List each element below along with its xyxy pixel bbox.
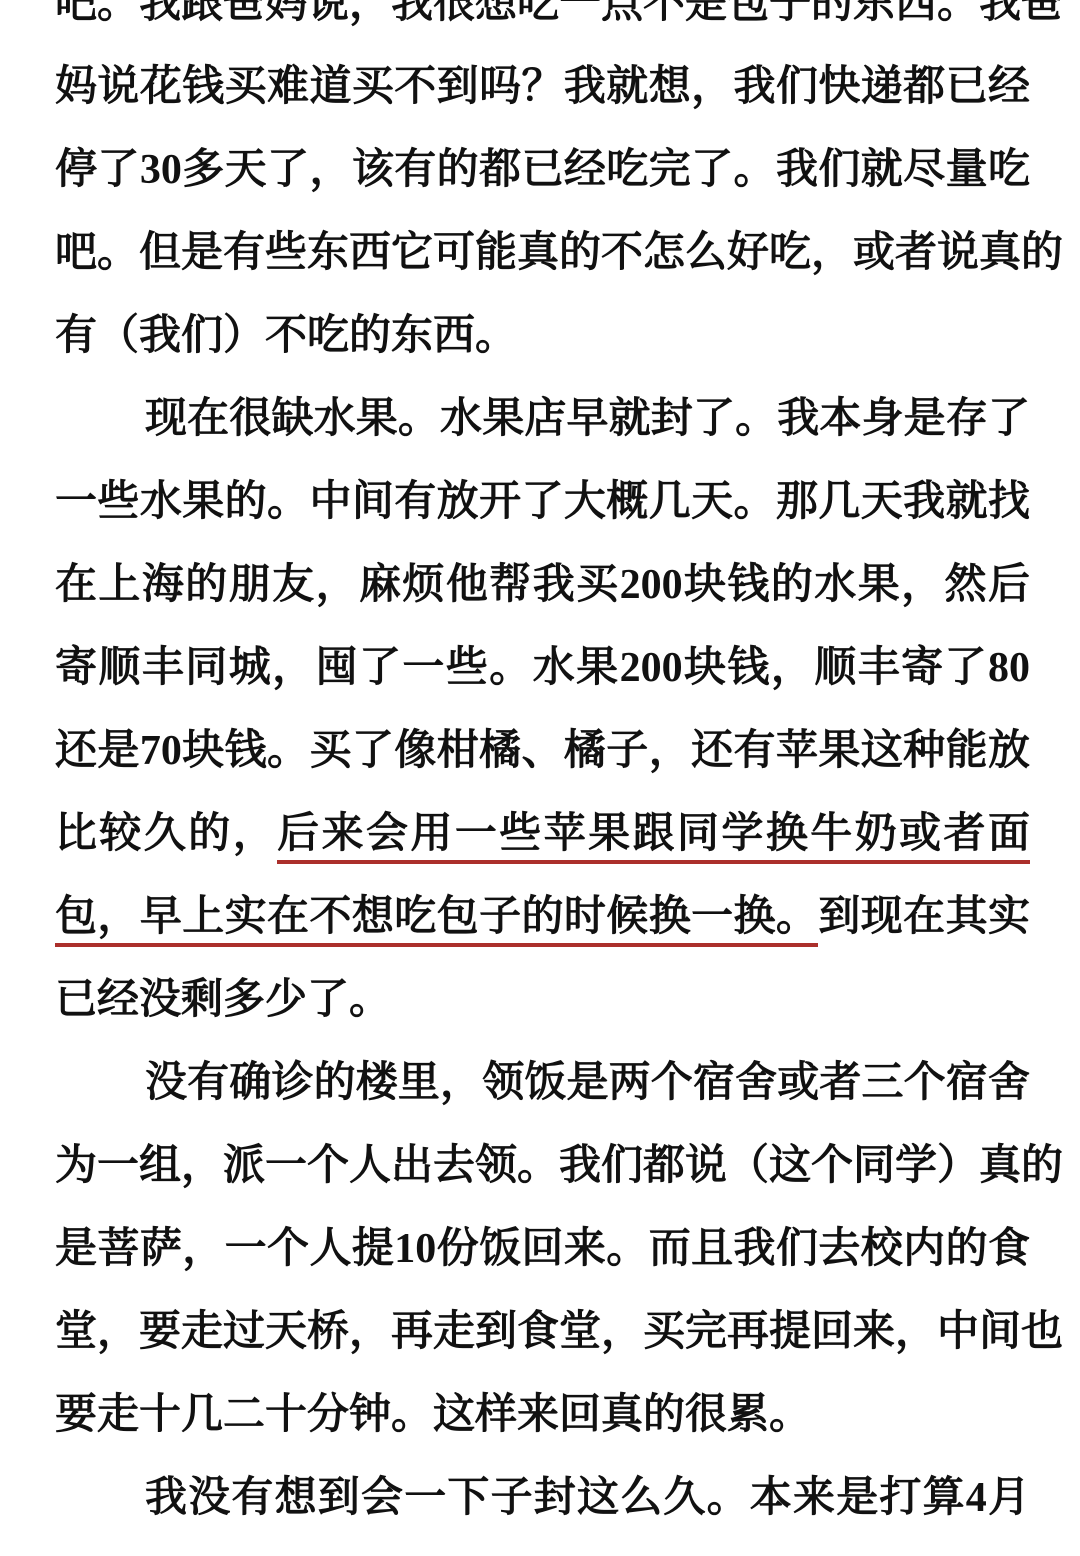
text-segment: 没有确诊的楼里，领饭是两个宿舍或者三个宿舍 [145, 1060, 1030, 1106]
text-segment: 为一组，派一个人出去领。我们都说（这个同学）真的 [55, 1143, 1063, 1189]
text-segment: 是菩萨，一个人提10份饭回来。而且我们去校内的食 [55, 1226, 1030, 1272]
text-segment: 堂，要走过天桥，再走到食堂，买完再提回来，中间也 [55, 1309, 1063, 1355]
text-line: 有（我们）不吃的东西。 [55, 295, 1030, 378]
text-line: 是菩萨，一个人提10份饭回来。而且我们去校内的食 [55, 1208, 1030, 1291]
text-line: 要走十几二十分钟。这样来回真的很累。 [55, 1374, 1030, 1457]
text-segment: 妈说花钱买难道买不到吗？我就想，我们快递都已经 [55, 64, 1030, 110]
text-segment: 还是70块钱。买了像柑橘、橘子，还有苹果这种能放 [55, 728, 1030, 774]
text-line: 寄顺丰同城，囤了一些。水果200块钱，顺丰寄了80 [55, 627, 1030, 710]
red-underlined-text: 后来会用一些苹果跟同学换牛奶或者面 [277, 811, 1030, 864]
text-segment: 到现在其实 [818, 894, 1030, 940]
text-line: 我没有想到会一下子封这么久。本来是打算4月 [55, 1457, 1030, 1540]
text-segment: 已经没剩多少了。 [55, 977, 391, 1023]
text-segment: 吧。我跟爸妈说，我很想吃一点不是包子的东西。我爸 [55, 0, 1063, 27]
text-line: 堂，要走过天桥，再走到食堂，买完再提回来，中间也 [55, 1291, 1030, 1374]
text-line: 已经没剩多少了。 [55, 959, 1030, 1042]
text-line: 停了30多天了，该有的都已经吃完了。我们就尽量吃 [55, 129, 1030, 212]
text-line: 比较久的，后来会用一些苹果跟同学换牛奶或者面 [55, 793, 1030, 876]
text-segment: 一些水果的。中间有放开了大概几天。那几天我就找 [55, 479, 1030, 525]
text-segment: 在上海的朋友，麻烦他帮我买200块钱的水果，然后 [55, 562, 1030, 608]
text-segment: 寄顺丰同城，囤了一些。水果200块钱，顺丰寄了80 [55, 645, 1030, 691]
text-line: 在上海的朋友，麻烦他帮我买200块钱的水果，然后 [55, 544, 1030, 627]
text-segment: 吧。但是有些东西它可能真的不怎么好吃，或者说真的 [55, 230, 1063, 276]
text-line: 吧。但是有些东西它可能真的不怎么好吃，或者说真的 [55, 212, 1030, 295]
text-segment: 有（我们）不吃的东西。 [55, 313, 517, 359]
text-segment: 现在很缺水果。水果店早就封了。我本身是存了 [145, 396, 1030, 442]
text-line: 一些水果的。中间有放开了大概几天。那几天我就找 [55, 461, 1030, 544]
text-segment: 停了30多天了，该有的都已经吃完了。我们就尽量吃 [55, 147, 1030, 193]
text-segment: 我没有想到会一下子封这么久。本来是打算4月 [145, 1475, 1030, 1521]
text-line: 还是70块钱。买了像柑橘、橘子，还有苹果这种能放 [55, 710, 1030, 793]
text-line: 没有确诊的楼里，领饭是两个宿舍或者三个宿舍 [55, 1042, 1030, 1125]
article-page: 吧。我跟爸妈说，我很想吃一点不是包子的东西。我爸 妈说花钱买难道买不到吗？我就想… [55, 0, 1030, 1540]
text-segment: 要走十几二十分钟。这样来回真的很累。 [55, 1392, 811, 1438]
text-line: 妈说花钱买难道买不到吗？我就想，我们快递都已经 [55, 46, 1030, 129]
text-line: 现在很缺水果。水果店早就封了。我本身是存了 [55, 378, 1030, 461]
text-line: 吧。我跟爸妈说，我很想吃一点不是包子的东西。我爸 [55, 0, 1030, 46]
text-segment: 比较久的， [55, 811, 277, 857]
text-line: 包，早上实在不想吃包子的时候换一换。到现在其实 [55, 876, 1030, 959]
red-underlined-text: 包，早上实在不想吃包子的时候换一换。 [55, 894, 818, 947]
text-line: 为一组，派一个人出去领。我们都说（这个同学）真的 [55, 1125, 1030, 1208]
